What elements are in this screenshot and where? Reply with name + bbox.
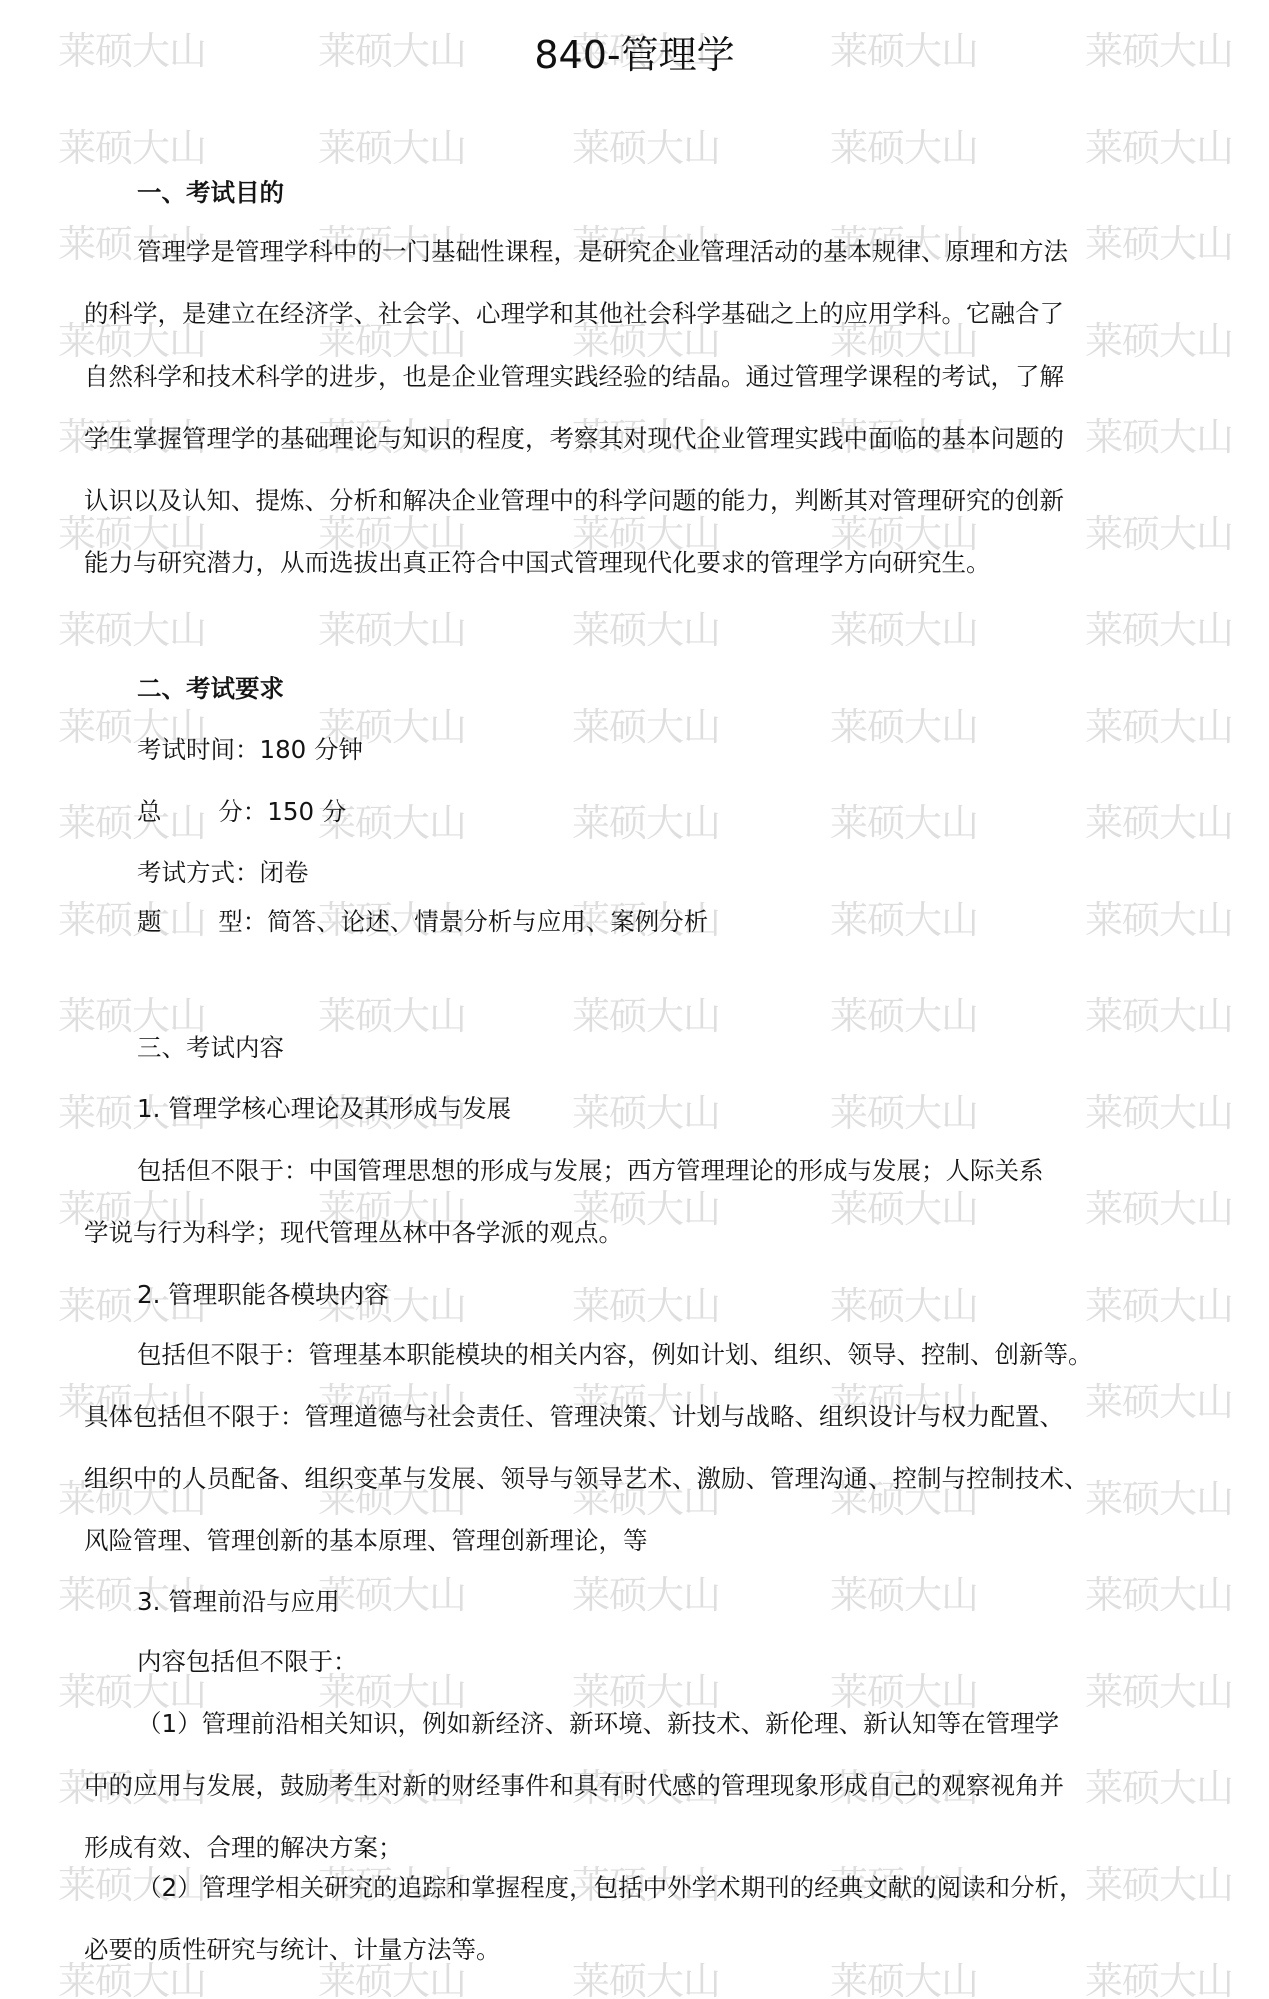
requirement-exam-time: 考试时间：180 分钟: [137, 738, 363, 763]
paragraph-line: 风险管理、管理创新的基本原理、管理创新理论，等: [84, 1529, 648, 1554]
document-title: 840-管理学: [0, 36, 1269, 74]
paragraph-line: 组织中的人员配备、组织变革与发展、领导与领导艺术、激励、管理沟通、控制与控制技术…: [84, 1467, 1089, 1492]
paragraph-line: 内容包括但不限于：: [137, 1650, 358, 1675]
paragraph-line: 包括但不限于：管理基本职能模块的相关内容，例如计划、组织、领导、控制、创新等。: [137, 1343, 1093, 1368]
paragraph-line: 管理学是管理学科中的一门基础性课程，是研究企业管理活动的基本规律、原理和方法: [137, 240, 1068, 265]
document-page: 840-管理学 一、考试目的 管理学是管理学科中的一门基础性课程，是研究企业管理…: [0, 0, 1269, 1999]
paragraph-line: （1）管理前沿相关知识，例如新经济、新环境、新技术、新伦理、新认知等在管理学: [137, 1712, 1059, 1737]
paragraph-line: 具体包括但不限于：管理道德与社会责任、管理决策、计划与战略、组织设计与权力配置、: [84, 1405, 1064, 1430]
paragraph-line: 能力与研究潜力，从而选拔出真正符合中国式管理现代化要求的管理学方向研究生。: [84, 551, 991, 576]
paragraph-line: 中的应用与发展，鼓励考生对新的财经事件和具有时代感的管理现象形成自己的观察视角并: [84, 1774, 1064, 1799]
subsection-heading-frontier-application: 3. 管理前沿与应用: [137, 1590, 340, 1615]
paragraph-line: 包括但不限于：中国管理思想的形成与发展；西方管理理论的形成与发展；人际关系: [137, 1159, 1044, 1184]
paragraph-line: 自然科学和技术科学的进步，也是企业管理实践经验的结晶。通过管理学课程的考试，了解: [84, 365, 1064, 390]
section-heading-exam-requirements: 二、考试要求: [137, 677, 284, 702]
requirement-question-types: 题 型：简答、论述、情景分析与应用、案例分析: [137, 910, 708, 935]
requirement-total-score: 总 分：150 分: [137, 800, 346, 825]
paragraph-line: 的科学，是建立在经济学、社会学、心理学和其他社会科学基础之上的应用学科。它融合了: [84, 302, 1064, 327]
requirement-exam-format: 考试方式：闭卷: [137, 861, 309, 886]
paragraph-line: 学说与行为科学；现代管理丛林中各学派的观点。: [84, 1221, 623, 1246]
paragraph-line: 必要的质性研究与统计、计量方法等。: [84, 1938, 501, 1963]
subsection-heading-core-theory: 1. 管理学核心理论及其形成与发展: [137, 1097, 511, 1122]
paragraph-line: （2）管理学相关研究的追踪和掌握程度，包括中外学术期刊的经典文献的阅读和分析，: [137, 1876, 1084, 1901]
section-heading-exam-content: 三、考试内容: [137, 1036, 284, 1061]
section-heading-exam-purpose: 一、考试目的: [137, 181, 284, 206]
paragraph-line: 认识以及认知、提炼、分析和解决企业管理中的科学问题的能力，判断其对管理研究的创新: [84, 489, 1064, 514]
paragraph-line: 学生掌握管理学的基础理论与知识的程度，考察其对现代企业管理实践中面临的基本问题的: [84, 427, 1064, 452]
paragraph-line: 形成有效、合理的解决方案；: [84, 1836, 403, 1861]
subsection-heading-management-functions: 2. 管理职能各模块内容: [137, 1283, 389, 1308]
